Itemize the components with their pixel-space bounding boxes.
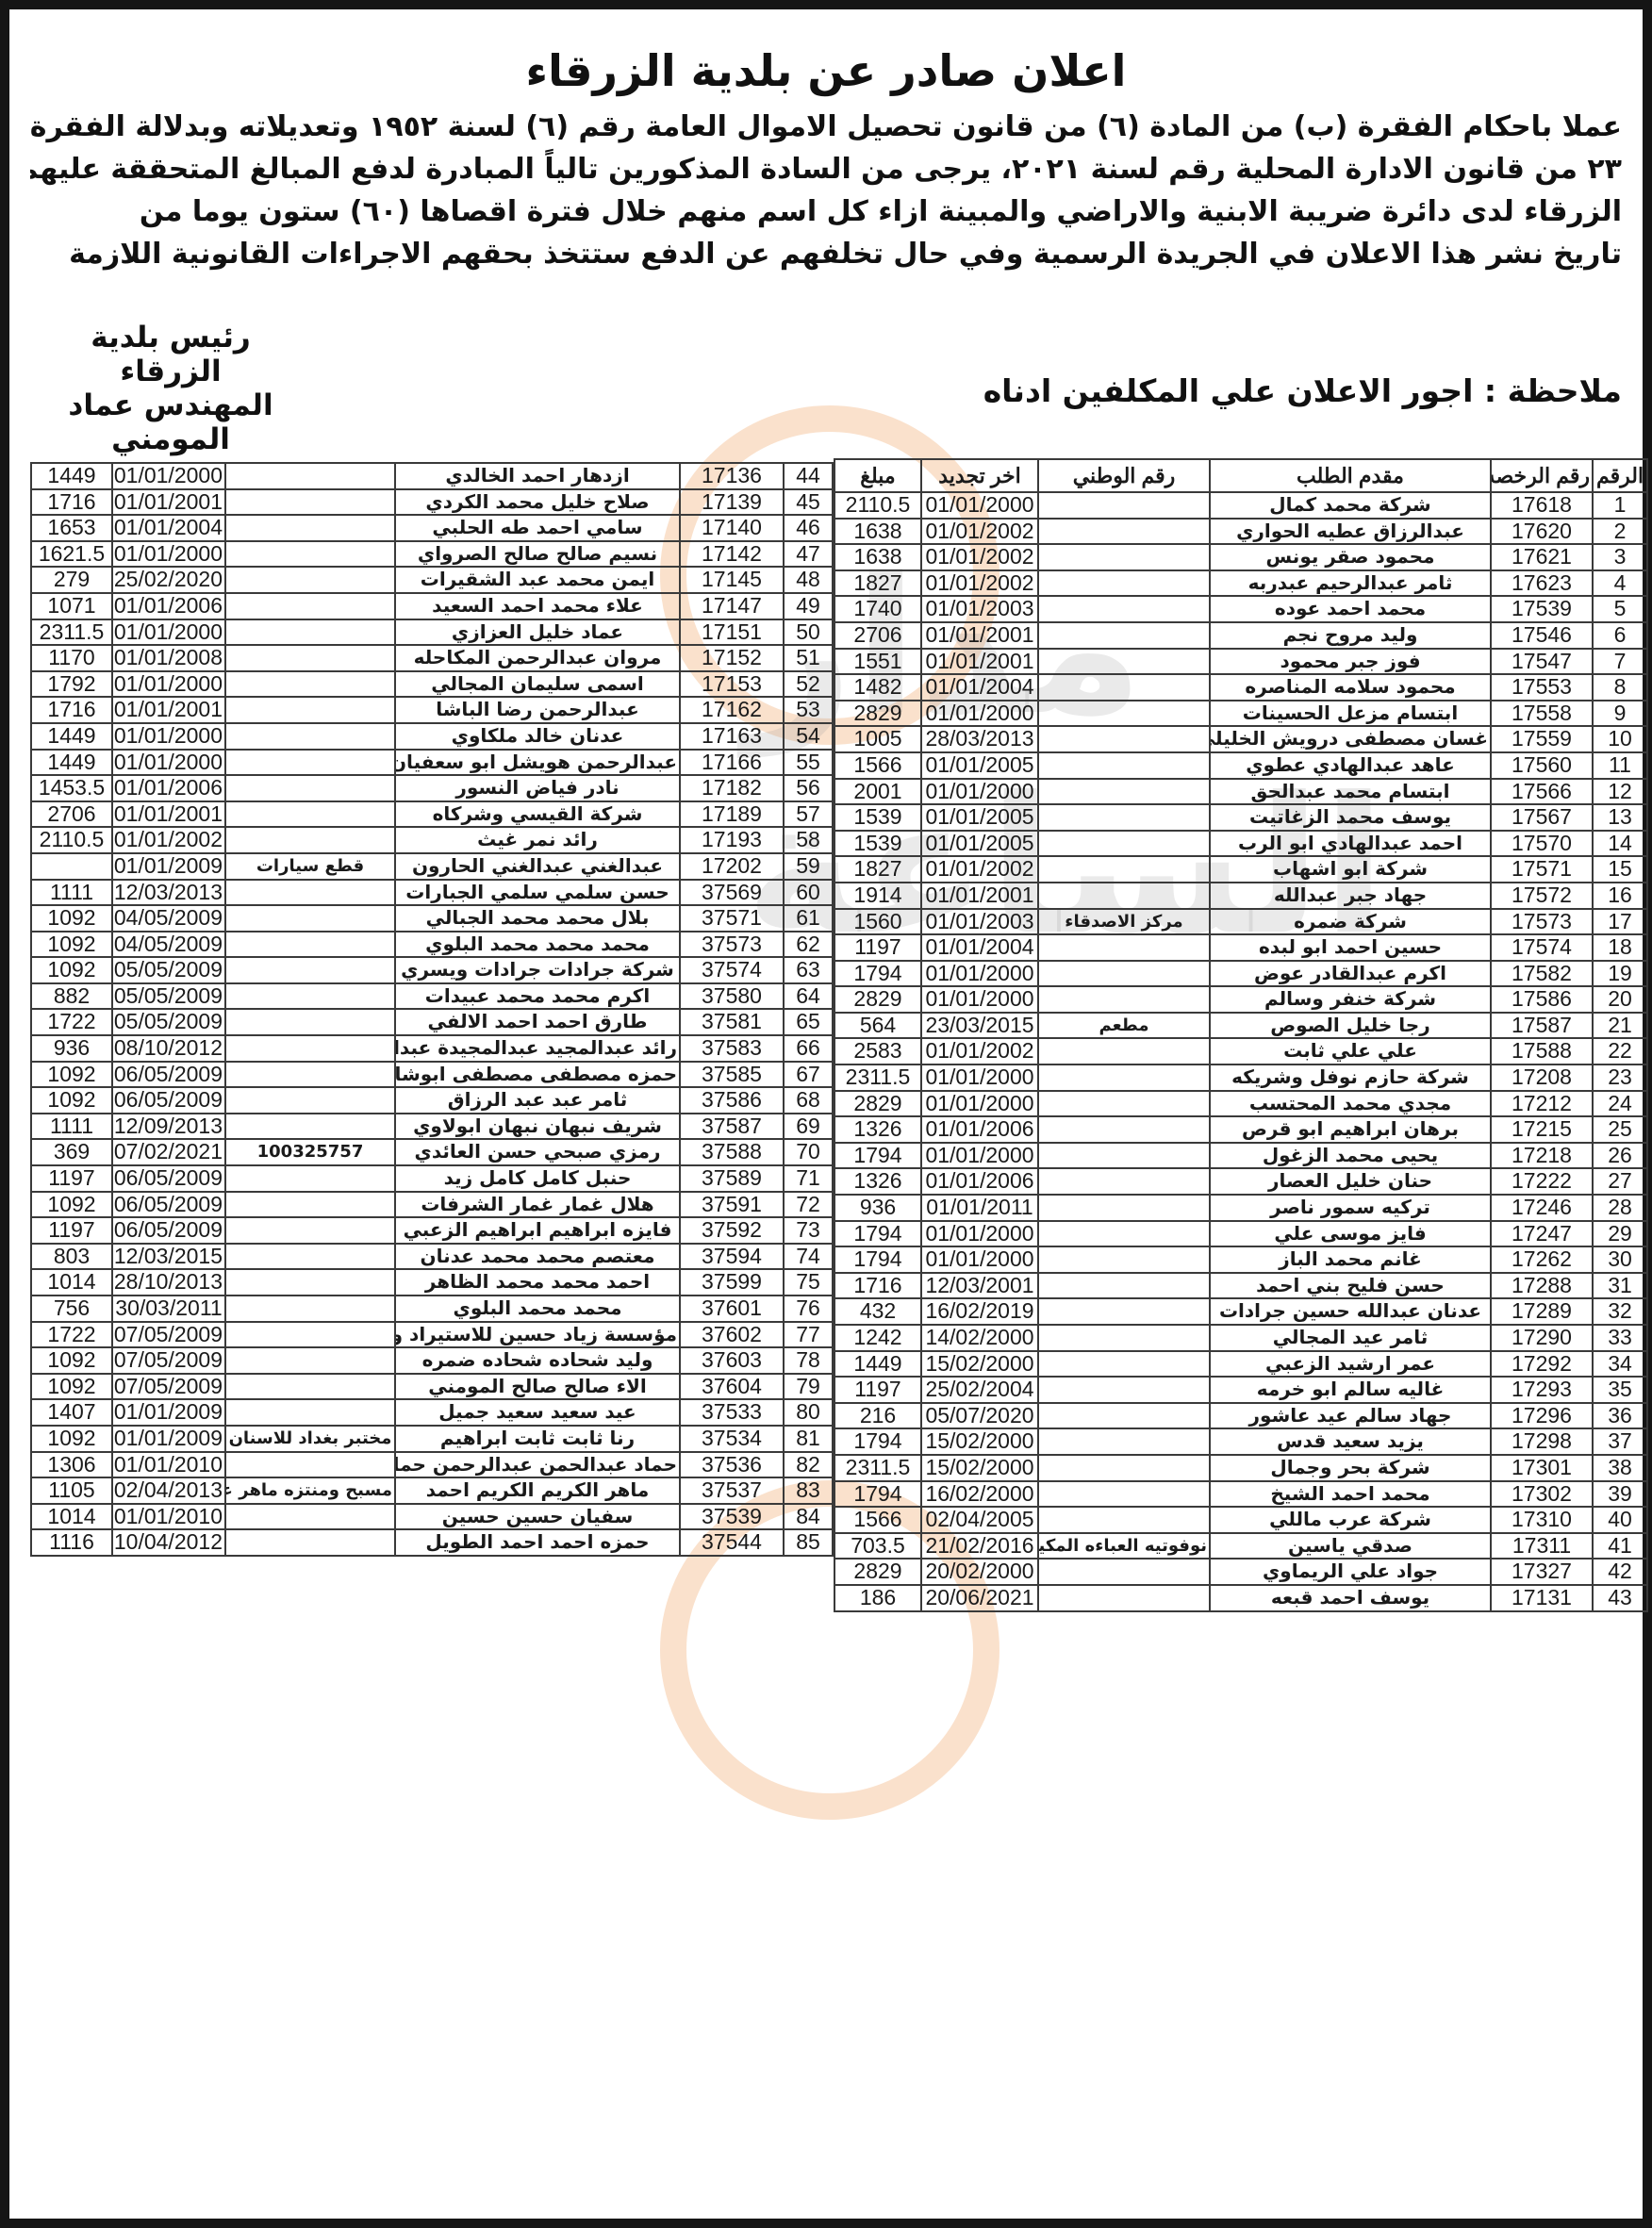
national-id: [225, 515, 395, 541]
last-renewal-date: 06/05/2009: [112, 1062, 225, 1088]
last-renewal-date: 01/01/2000: [921, 1221, 1038, 1247]
table-row: 3517293غاليه سالم ابو خرمه25/02/20041197: [834, 1377, 1647, 1403]
national-id: [225, 957, 395, 983]
license-number: 17588: [1491, 1038, 1593, 1064]
table-row: 5117152مروان عبدالرحمن المكاحله01/01/200…: [31, 645, 833, 671]
national-id: [1038, 1221, 1210, 1247]
table-row: 317621محمود صقر يونس01/01/20021638: [834, 544, 1647, 570]
last-renewal-date: 01/01/2011: [921, 1195, 1038, 1221]
amount-due: 936: [31, 1035, 112, 1062]
license-number: 17222: [1491, 1168, 1593, 1195]
row-number: 45: [784, 489, 833, 516]
license-number: 17290: [1491, 1325, 1593, 1351]
table-row: 2417212مجدي محمد المحتسب01/01/20002829: [834, 1091, 1647, 1117]
national-id: [1038, 1559, 1210, 1585]
row-number: 47: [784, 541, 833, 568]
amount-due: 1449: [31, 750, 112, 776]
amount-due: 1716: [31, 489, 112, 516]
row-number: 63: [784, 957, 833, 983]
last-renewal-date: 01/01/2006: [112, 593, 225, 619]
national-id: [225, 723, 395, 750]
last-renewal-date: 30/03/2011: [112, 1296, 225, 1322]
license-number: 37544: [680, 1529, 784, 1556]
license-number: 17302: [1491, 1481, 1593, 1508]
national-id: [1038, 1351, 1210, 1378]
row-number: 13: [1593, 804, 1647, 831]
applicant-name: فايز موسى علي: [1210, 1221, 1491, 1247]
column-header-amount: مبلغ: [834, 459, 921, 492]
national-id: 100325757: [225, 1139, 395, 1165]
last-renewal-date: 01/01/2000: [921, 1064, 1038, 1091]
national-id: [1038, 1377, 1210, 1403]
amount-due: 1111: [31, 880, 112, 906]
row-number: 29: [1593, 1221, 1647, 1247]
amount-due: 1092: [31, 1192, 112, 1218]
applicant-name: حسين احمد ابو لبده: [1210, 934, 1491, 961]
table-row: 417623ثامر عبدالرحيم عبدربه01/01/2002182…: [834, 570, 1647, 597]
last-renewal-date: 12/03/2001: [921, 1273, 1038, 1299]
national-id: [1038, 1428, 1210, 1455]
row-number: 30: [1593, 1246, 1647, 1273]
amount-due: 1740: [834, 596, 921, 622]
license-number: 17289: [1491, 1298, 1593, 1325]
last-renewal-date: 01/01/2000: [921, 701, 1038, 727]
applicant-name: رائد نمر غيث: [395, 827, 680, 853]
applicant-name: تركيه سمور ناصر: [1210, 1195, 1491, 1221]
last-renewal-date: 06/05/2009: [112, 1217, 225, 1244]
last-renewal-date: 01/01/2006: [112, 775, 225, 801]
applicant-name: يوسف محمد الزغاتيت: [1210, 804, 1491, 831]
last-renewal-date: 01/01/2004: [921, 674, 1038, 701]
row-number: 20: [1593, 986, 1647, 1013]
row-number: 10: [1593, 726, 1647, 752]
table-row: 5017151عماد خليل العزازي01/01/20002311.5: [31, 619, 833, 646]
table-row: 5217153اسمى سليمان المجالي01/01/20001792: [31, 671, 833, 698]
amount-due: 1566: [834, 1507, 921, 1533]
row-number: 53: [784, 697, 833, 723]
announcement-body: عملا باحكام الفقرة (ب) من المادة (٦) من …: [30, 106, 1622, 275]
license-number: 17182: [680, 775, 784, 801]
applicant-name: اسمى سليمان المجالي: [395, 671, 680, 698]
license-number: 17558: [1491, 701, 1593, 727]
table-row: 4117311صدقي ياسيننوفوتيه العباءه المكيه2…: [834, 1533, 1647, 1560]
national-id: [1038, 1507, 1210, 1533]
license-number: 17546: [1491, 622, 1593, 649]
amount-due: 1453.5: [31, 775, 112, 801]
amount-due: 1170: [31, 645, 112, 671]
applicant-name: شركة بحر وجمال: [1210, 1455, 1491, 1481]
license-number: 17218: [1491, 1143, 1593, 1169]
national-id: [1038, 856, 1210, 883]
applicant-name: محمد محمد محمد البلوي: [395, 932, 680, 958]
applicant-name: حنبل كامل كامل زيد: [395, 1165, 680, 1192]
last-renewal-date: 01/01/2000: [921, 1246, 1038, 1273]
license-number: 17262: [1491, 1246, 1593, 1273]
row-number: 8: [1593, 674, 1647, 701]
applicant-name: شركة محمد كمال: [1210, 492, 1491, 519]
table-row: 8037533عيد سعيد سعيد جميل01/01/20091407: [31, 1399, 833, 1426]
license-number: 37581: [680, 1009, 784, 1035]
row-number: 35: [1593, 1377, 1647, 1403]
amount-due: 1638: [834, 519, 921, 545]
row-number: 83: [784, 1477, 833, 1504]
table-row: 2917247فايز موسى علي01/01/20001794: [834, 1221, 1647, 1247]
table-row: 5717189شركة القيسي وشركاه01/01/20012706: [31, 801, 833, 828]
license-number: 17298: [1491, 1428, 1593, 1455]
table-body: 117618شركة محمد كمال01/01/20002110.52176…: [834, 492, 1647, 1611]
last-renewal-date: 01/01/2009: [112, 1399, 225, 1426]
amount-due: 1794: [834, 1143, 921, 1169]
row-number: 77: [784, 1322, 833, 1348]
table-row: 8337537ماهر الكريم الكريم احمدمسبح ومنتز…: [31, 1477, 833, 1504]
national-id: مختبر بغداد للاسنان: [225, 1426, 395, 1452]
national-id: [1038, 570, 1210, 597]
amount-due: 1407: [31, 1399, 112, 1426]
national-id: [1038, 674, 1210, 701]
amount-due: 2829: [834, 1091, 921, 1117]
national-id: [1038, 701, 1210, 727]
table-row: 5517166عبدالرحمن هويشل ابو سعفيان01/01/2…: [31, 750, 833, 776]
amount-due: 1092: [31, 1062, 112, 1088]
amount-due: 1716: [834, 1273, 921, 1299]
row-number: 74: [784, 1244, 833, 1270]
signature-block: رئيس بلدية الزرقاء المهندس عماد المومني: [43, 321, 298, 456]
license-number: 17621: [1491, 544, 1593, 570]
amount-due: 1794: [834, 1246, 921, 1273]
signature-title: رئيس بلدية الزرقاء: [43, 321, 298, 388]
last-renewal-date: 01/01/2001: [112, 801, 225, 828]
license-number: 37591: [680, 1192, 784, 1218]
row-number: 78: [784, 1347, 833, 1374]
amount-due: 1116: [31, 1529, 112, 1556]
license-number: 17136: [680, 463, 784, 489]
row-number: 25: [1593, 1116, 1647, 1143]
amount-due: 1092: [31, 1087, 112, 1114]
amount-due: 1014: [31, 1504, 112, 1530]
row-number: 52: [784, 671, 833, 698]
applicant-name: حنان خليل العصار: [1210, 1168, 1491, 1195]
row-number: 3: [1593, 544, 1647, 570]
table-row: 2617218يحيى محمد الزغول01/01/20001794: [834, 1143, 1647, 1169]
table-row: 7237591هلال غمار غمار الشرفات06/05/20091…: [31, 1192, 833, 1218]
table-row: 3917302محمد احمد الشيخ16/02/20001794: [834, 1481, 1647, 1508]
national-id: [1038, 1403, 1210, 1429]
last-renewal-date: 01/01/2000: [921, 961, 1038, 987]
license-number: 37537: [680, 1477, 784, 1504]
license-number: 17145: [680, 567, 784, 593]
row-number: 11: [1593, 752, 1647, 779]
national-id: [225, 645, 395, 671]
national-id: [225, 489, 395, 516]
amount-due: 2311.5: [31, 619, 112, 646]
row-number: 24: [1593, 1091, 1647, 1117]
applicant-name: عبدالرحمن هويشل ابو سعفيان: [395, 750, 680, 776]
license-number: 37601: [680, 1296, 784, 1322]
applicant-name: يزيد سعيد قدس: [1210, 1428, 1491, 1455]
amount-due: [31, 853, 112, 880]
license-number: 37603: [680, 1347, 784, 1374]
applicant-name: برهان ابراهيم ابو قرص: [1210, 1116, 1491, 1143]
national-id: [225, 880, 395, 906]
amount-due: 2706: [31, 801, 112, 828]
national-id: [1038, 1116, 1210, 1143]
table-row: 1517571شركة ابو اشهاب01/01/20021827: [834, 856, 1647, 883]
table-row: 7137589حنبل كامل كامل زيد06/05/20091197: [31, 1165, 833, 1192]
applicant-name: شركة خنفر وسالم: [1210, 986, 1491, 1013]
applicant-name: جهاد سالم عيد عاشور: [1210, 1403, 1491, 1429]
last-renewal-date: 07/05/2009: [112, 1374, 225, 1400]
last-renewal-date: 12/03/2015: [112, 1244, 225, 1270]
amount-due: 2829: [834, 701, 921, 727]
row-number: 60: [784, 880, 833, 906]
license-number: 17166: [680, 750, 784, 776]
row-number: 55: [784, 750, 833, 776]
applicant-name: رائد عبدالمجيد عبدالمجيدة عبدالمنعم: [395, 1035, 680, 1062]
license-number: 17570: [1491, 831, 1593, 857]
last-renewal-date: 01/01/2005: [921, 752, 1038, 779]
national-id: [1038, 519, 1210, 545]
national-id: [225, 463, 395, 489]
applicant-name: حسن سلمي سلمي الجبارات: [395, 880, 680, 906]
table-row: 3617296جهاد سالم عيد عاشور05/07/2020216: [834, 1403, 1647, 1429]
last-renewal-date: 10/04/2012: [112, 1529, 225, 1556]
national-id: [1038, 961, 1210, 987]
last-renewal-date: 01/01/2000: [112, 723, 225, 750]
table-row: 5317162عبدالرحمن رضا الباشا01/01/2001171…: [31, 697, 833, 723]
table-row: 3017262غانم محمد الباز01/01/20001794: [834, 1246, 1647, 1273]
applicant-name: شركة القيسي وشركاه: [395, 801, 680, 828]
license-number: 37533: [680, 1399, 784, 1426]
last-renewal-date: 01/01/2000: [921, 779, 1038, 805]
amount-due: 2583: [834, 1038, 921, 1064]
license-number: 17131: [1491, 1585, 1593, 1611]
row-number: 1: [1593, 492, 1647, 519]
table-row: 3717298يزيد سعيد قدس15/02/20001794: [834, 1428, 1647, 1455]
national-id: قطع سيارات: [225, 853, 395, 880]
license-number: 17327: [1491, 1559, 1593, 1585]
amount-due: 1794: [834, 1221, 921, 1247]
national-id: [1038, 1064, 1210, 1091]
amount-due: 564: [834, 1013, 921, 1039]
license-number: 17163: [680, 723, 784, 750]
last-renewal-date: 08/10/2012: [112, 1035, 225, 1062]
applicant-name: الاء صالح صالح المومني: [395, 1374, 680, 1400]
last-renewal-date: 01/01/2002: [921, 570, 1038, 597]
last-renewal-date: 01/01/2004: [112, 515, 225, 541]
license-number: 37571: [680, 905, 784, 932]
applicant-name: معتصم محمد محمد عدنان: [395, 1244, 680, 1270]
table-row: 2717222حنان خليل العصار01/01/20061326: [834, 1168, 1647, 1195]
national-id: [225, 1529, 395, 1556]
row-number: 68: [784, 1087, 833, 1114]
applicant-name: احمد محمد محمد الظاهر: [395, 1269, 680, 1296]
national-id: [225, 697, 395, 723]
column-header-license: رقم الرخصه: [1491, 459, 1593, 492]
table-row: 8537544حمزه احمد احمد الطويل10/04/201211…: [31, 1529, 833, 1556]
table-row: 6537581طارق احمد احمد الالفي05/05/200917…: [31, 1009, 833, 1035]
license-number: 37592: [680, 1217, 784, 1244]
row-number: 4: [1593, 570, 1647, 597]
table-row: 8237536حماد عبدالحمن عبدالرحمن حماد01/01…: [31, 1452, 833, 1478]
last-renewal-date: 01/01/2001: [112, 489, 225, 516]
license-number: 17567: [1491, 804, 1593, 831]
license-number: 17620: [1491, 519, 1593, 545]
national-id: [1038, 596, 1210, 622]
national-id: [225, 1504, 395, 1530]
amount-due: 756: [31, 1296, 112, 1322]
note-text: ملاحظة : اجور الاعلان علي المكلفين ادناه: [983, 372, 1622, 409]
table-row: 4217327جواد علي الريماوي20/02/20002829: [834, 1559, 1647, 1585]
amount-due: 1005: [834, 726, 921, 752]
applicant-name: عبدالرحمن رضا الباشا: [395, 697, 680, 723]
row-number: 85: [784, 1529, 833, 1556]
license-number: 17586: [1491, 986, 1593, 1013]
row-number: 7: [1593, 649, 1647, 675]
row-number: 22: [1593, 1038, 1647, 1064]
last-renewal-date: 01/01/2005: [921, 831, 1038, 857]
amount-due: 1449: [834, 1351, 921, 1378]
table-row: 4817145ايمن محمد عبد الشقيرات25/02/20202…: [31, 567, 833, 593]
national-id: [1038, 1091, 1210, 1117]
license-number: 17151: [680, 619, 784, 646]
table-row: 4417136ازدهار احمد الخالدي01/01/20001449: [31, 463, 833, 489]
table-row: 2017586شركة خنفر وسالم01/01/20002829: [834, 986, 1647, 1013]
last-renewal-date: 05/05/2009: [112, 983, 225, 1010]
license-number: 17572: [1491, 883, 1593, 909]
last-renewal-date: 20/02/2000: [921, 1559, 1038, 1585]
row-number: 16: [1593, 883, 1647, 909]
national-id: [225, 567, 395, 593]
amount-due: 1014: [31, 1269, 112, 1296]
applicant-name: محمد محمد البلوي: [395, 1296, 680, 1322]
amount-due: 216: [834, 1403, 921, 1429]
row-number: 71: [784, 1165, 833, 1192]
row-number: 81: [784, 1426, 833, 1452]
last-renewal-date: 01/01/2003: [921, 596, 1038, 622]
applicant-name: وليد مروح نجم: [1210, 622, 1491, 649]
license-number: 17208: [1491, 1064, 1593, 1091]
license-number: 17292: [1491, 1351, 1593, 1378]
license-number: 17152: [680, 645, 784, 671]
amount-due: 1638: [834, 544, 921, 570]
table-row: 6737585حمزه مصطفى مصطفى ابوشادوف06/05/20…: [31, 1062, 833, 1088]
row-number: 9: [1593, 701, 1647, 727]
national-id: [225, 1062, 395, 1088]
row-number: 48: [784, 567, 833, 593]
amount-due: 432: [834, 1298, 921, 1325]
applicant-name: شركة حازم نوفل وشريكه: [1210, 1064, 1491, 1091]
row-number: 46: [784, 515, 833, 541]
applicant-name: عماد خليل العزازي: [395, 619, 680, 646]
table-row: 1717573شركة ضمرهمركز الاصدقاء01/01/20031…: [834, 909, 1647, 935]
national-id: [1038, 492, 1210, 519]
license-number: 17582: [1491, 961, 1593, 987]
applicant-name: علي علي ثابت: [1210, 1038, 1491, 1064]
row-number: 26: [1593, 1143, 1647, 1169]
row-number: 57: [784, 801, 833, 828]
row-number: 21: [1593, 1013, 1647, 1039]
row-number: 2: [1593, 519, 1647, 545]
national-id: [225, 1217, 395, 1244]
amount-due: 2110.5: [834, 492, 921, 519]
amount-due: 369: [31, 1139, 112, 1165]
license-number: 37588: [680, 1139, 784, 1165]
amount-due: 1539: [834, 831, 921, 857]
last-renewal-date: 01/01/2001: [921, 649, 1038, 675]
table-row: 2217588علي علي ثابت01/01/20022583: [834, 1038, 1647, 1064]
last-renewal-date: 01/01/2002: [112, 827, 225, 853]
table-row: 2117587رجا خليل الصوصمطعم23/03/2015564: [834, 1013, 1647, 1039]
last-renewal-date: 23/03/2015: [921, 1013, 1038, 1039]
national-id: [225, 593, 395, 619]
table-row: 8437539سفيان حسين حسين01/01/20101014: [31, 1504, 833, 1530]
license-number: 37534: [680, 1426, 784, 1452]
applicant-name: عبدالرزاق عطيه الحواري: [1210, 519, 1491, 545]
license-number: 17189: [680, 801, 784, 828]
national-id: [1038, 1481, 1210, 1508]
row-number: 70: [784, 1139, 833, 1165]
row-number: 80: [784, 1399, 833, 1426]
last-renewal-date: 01/01/2002: [921, 519, 1038, 545]
license-number: 17215: [1491, 1116, 1593, 1143]
table-row: 1117560عاهد عبدالهادي عطوي01/01/20051566: [834, 752, 1647, 779]
last-renewal-date: 21/02/2016: [921, 1533, 1038, 1560]
license-number: 17246: [1491, 1195, 1593, 1221]
national-id: [1038, 831, 1210, 857]
table-row: 917558ابتسام مزعل الحسينات01/01/20002829: [834, 701, 1647, 727]
national-id: [225, 1114, 395, 1140]
last-renewal-date: 07/05/2009: [112, 1347, 225, 1374]
national-id: [1038, 1195, 1210, 1221]
row-number: 66: [784, 1035, 833, 1062]
applicant-name: محمد احمد الشيخ: [1210, 1481, 1491, 1508]
applicant-name: مؤسسة زياد حسين للاستيراد والتصدير: [395, 1322, 680, 1348]
license-number: 37539: [680, 1504, 784, 1530]
row-number: 38: [1593, 1455, 1647, 1481]
license-number: 17202: [680, 853, 784, 880]
amount-due: 1111: [31, 1114, 112, 1140]
row-number: 64: [784, 983, 833, 1010]
amount-due: 1197: [834, 1377, 921, 1403]
national-id: [225, 1269, 395, 1296]
signature-name: المهندس عماد المومني: [43, 388, 298, 456]
table-row: 2317208شركة حازم نوفل وشريكه01/01/200023…: [834, 1064, 1647, 1091]
national-id: [1038, 804, 1210, 831]
table-row: 4617140سامي احمد طه الحلبي01/01/20041653: [31, 515, 833, 541]
row-number: 19: [1593, 961, 1647, 987]
row-number: 65: [784, 1009, 833, 1035]
amount-due: 1306: [31, 1452, 112, 1478]
last-renewal-date: 01/01/2006: [921, 1168, 1038, 1195]
applicant-name: فوز جبر محمود: [1210, 649, 1491, 675]
national-id: [1038, 726, 1210, 752]
applicant-name: صدقي ياسين: [1210, 1533, 1491, 1560]
applicant-name: عدنان عبدالله حسين جرادات: [1210, 1298, 1491, 1325]
table-row: 4017310شركة عرب ماللي02/04/20051566: [834, 1507, 1647, 1533]
license-number: 17310: [1491, 1507, 1593, 1533]
table-row: 4317131يوسف احمد قبعه20/06/2021186: [834, 1585, 1647, 1611]
amount-due: 2706: [834, 622, 921, 649]
row-number: 5: [1593, 596, 1647, 622]
table-row: 117618شركة محمد كمال01/01/20002110.5: [834, 492, 1647, 519]
last-renewal-date: 01/01/2000: [112, 750, 225, 776]
table-row: 5417163عدنان خالد ملكاوي01/01/20001449: [31, 723, 833, 750]
table-row: 6837586ثامر عبد عبد الرزاق06/05/20091092: [31, 1087, 833, 1114]
row-number: 32: [1593, 1298, 1647, 1325]
last-renewal-date: 02/04/2013: [112, 1477, 225, 1504]
last-renewal-date: 25/02/2020: [112, 567, 225, 593]
applicant-name: ابتسام محمد عبدالحق: [1210, 779, 1491, 805]
